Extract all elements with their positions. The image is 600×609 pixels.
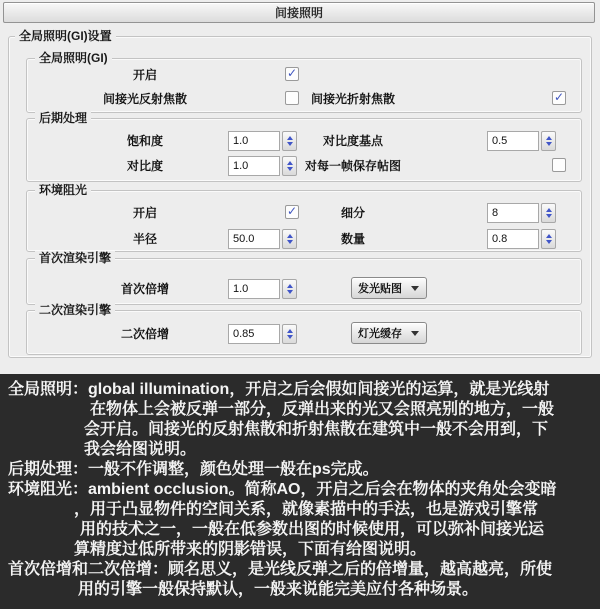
ao-radius-spin-buttons[interactable]	[282, 229, 297, 249]
spin-down-icon	[287, 142, 293, 146]
group-gi-title: 全局照明(GI)	[35, 51, 112, 65]
spin-up-icon	[287, 136, 293, 140]
secondary-mult-spinner: 0.85	[228, 324, 297, 344]
secondary-mult-field[interactable]: 0.85	[228, 324, 280, 344]
gi-refr-caustics-checkbox[interactable]: ✓	[552, 91, 566, 105]
spin-up-icon	[287, 284, 293, 288]
primary-mult-spin-buttons[interactable]	[282, 279, 297, 299]
ao-amount-field[interactable]: 0.8	[487, 229, 539, 249]
ao-subdivs-spin-buttons[interactable]	[541, 203, 556, 223]
ao-amount-spin-buttons[interactable]	[541, 229, 556, 249]
saturation-spin-buttons[interactable]	[282, 131, 297, 151]
secondary-mult-label: 二次倍增	[75, 327, 215, 341]
note-line: 算精度过低所带来的阴影错误，下面有给图说明。	[0, 540, 600, 560]
secondary-engine-value: 灯光缓存	[352, 325, 411, 341]
spin-up-icon	[546, 136, 552, 140]
group-ao-title: 环境阻光	[35, 183, 91, 197]
note-line: 会开启。间接光的反射焦散和折射焦散在建筑中一般不会用到，下	[0, 420, 600, 440]
primary-mult-spinner: 1.0	[228, 279, 297, 299]
note-line: 后期处理：一般不作调整，颜色处理一般在ps完成。	[0, 460, 600, 480]
gi-refl-caustics-label: 间接光反射焦散	[75, 92, 215, 106]
contrast-base-field[interactable]: 0.5	[487, 131, 539, 151]
contrast-base-spinner: 0.5	[487, 131, 556, 151]
gi-refr-caustics-label: 间接光折射焦散	[297, 92, 409, 106]
contrast-base-spin-buttons[interactable]	[541, 131, 556, 151]
gi-on-label: 开启	[75, 68, 215, 82]
primary-mult-field[interactable]: 1.0	[228, 279, 280, 299]
contrast-field[interactable]: 1.0	[228, 156, 280, 176]
note-line: 全局照明：global illumination，开启之后会假如间接光的运算，就…	[0, 380, 600, 400]
ao-subdivs-label: 细分	[297, 206, 409, 220]
group-post-title: 后期处理	[35, 111, 91, 125]
primary-engine-select[interactable]: 发光贴图	[351, 277, 427, 299]
check-icon: ✓	[287, 67, 297, 79]
spin-up-icon	[546, 208, 552, 212]
indirect-illumination-dialog: 间接照明 全局照明(GI)设置 全局照明(GI) 开启 ✓ 间接光反射焦散 ✓ …	[0, 0, 600, 374]
group-secondary-title: 二次渲染引擎	[35, 303, 115, 317]
save-maps-label: 对每一帧保存帖图	[297, 159, 409, 173]
secondary-mult-spin-buttons[interactable]	[282, 324, 297, 344]
check-icon: ✓	[554, 91, 564, 103]
spin-up-icon	[287, 329, 293, 333]
note-line: 在物体上会被反弹一部分，反弹出来的光又会照亮别的地方，一般	[0, 400, 600, 420]
check-icon: ✓	[287, 205, 297, 217]
contrast-base-label: 对比度基点	[297, 134, 409, 148]
group-primary-title: 首次渲染引擎	[35, 251, 115, 265]
spin-up-icon	[287, 234, 293, 238]
contrast-spin-buttons[interactable]	[282, 156, 297, 176]
spin-down-icon	[546, 214, 552, 218]
saturation-spinner: 1.0	[228, 131, 297, 151]
ao-amount-label: 数量	[297, 232, 409, 246]
primary-mult-label: 首次倍增	[75, 282, 215, 296]
screenshot-root: 间接照明 全局照明(GI)设置 全局照明(GI) 开启 ✓ 间接光反射焦散 ✓ …	[0, 0, 600, 609]
ao-amount-spinner: 0.8	[487, 229, 556, 249]
ao-radius-spinner: 50.0	[228, 229, 297, 249]
saturation-label: 饱和度	[75, 134, 215, 148]
rollout-title: 间接照明	[275, 4, 323, 21]
ao-subdivs-field[interactable]: 8	[487, 203, 539, 223]
spin-down-icon	[546, 142, 552, 146]
note-line: 我会给图说明。	[0, 440, 600, 460]
spin-up-icon	[546, 234, 552, 238]
save-maps-checkbox[interactable]: ✓	[552, 158, 566, 172]
rollout-header-indirect-illumination[interactable]: 间接照明	[3, 2, 595, 23]
contrast-label: 对比度	[75, 159, 215, 173]
ao-on-label: 开启	[75, 206, 215, 220]
group-gi-settings-title: 全局照明(GI)设置	[15, 29, 116, 43]
note-line: 用的技术之一，一般在低参数出图的时候使用，可以弥补间接光运	[0, 520, 600, 540]
spin-down-icon	[546, 240, 552, 244]
ao-radius-field[interactable]: 50.0	[228, 229, 280, 249]
spin-down-icon	[287, 167, 293, 171]
spin-down-icon	[287, 290, 293, 294]
note-line: 用的引擎一般保持默认，一般来说能完美应付各种场景。	[0, 580, 600, 600]
ao-radius-label: 半径	[75, 232, 215, 246]
primary-engine-value: 发光贴图	[352, 280, 411, 296]
saturation-field[interactable]: 1.0	[228, 131, 280, 151]
chevron-down-icon	[411, 286, 419, 291]
note-line: 环境阻光：ambient occlusion。简称AO，开启之后会在物体的夹角处…	[0, 480, 600, 500]
secondary-engine-select[interactable]: 灯光缓存	[351, 322, 427, 344]
annotation-area: 全局照明：global illumination，开启之后会假如间接光的运算，就…	[0, 374, 600, 609]
chevron-down-icon	[411, 331, 419, 336]
note-line: 首次倍增和二次倍增：顾名思义，是光线反弹之后的倍增量，越高越亮，所使	[0, 560, 600, 580]
spin-down-icon	[287, 335, 293, 339]
spin-up-icon	[287, 161, 293, 165]
gi-on-checkbox[interactable]: ✓	[285, 67, 299, 81]
spin-down-icon	[287, 240, 293, 244]
contrast-spinner: 1.0	[228, 156, 297, 176]
ao-subdivs-spinner: 8	[487, 203, 556, 223]
note-line: ，用于凸显物件的空间关系，就像素描中的手法，也是游戏引擎常	[0, 500, 600, 520]
